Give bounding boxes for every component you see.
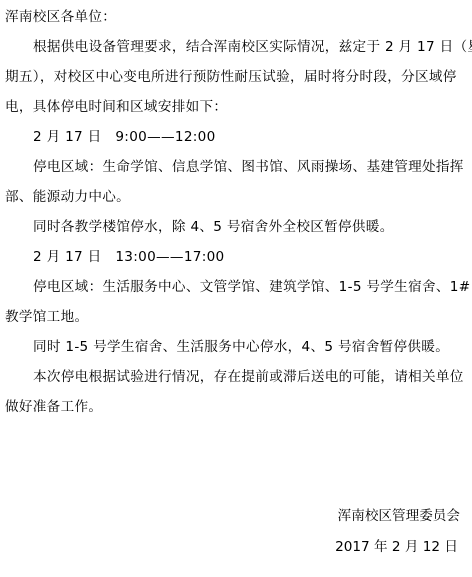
- schedule-1-area-line-2: 部、能源动力中心。: [5, 182, 465, 212]
- schedule-2-water-note: 同时 1-5 号学生宿舍、生活服务中心停水，4、5 号宿舍暂停供暖。: [5, 332, 465, 362]
- signature-date: 2017 年 2 月 12 日: [335, 537, 458, 557]
- schedule-2-time: 2 月 17 日 13:00——17:00: [5, 242, 465, 272]
- closing-line-2: 做好准备工作。: [5, 392, 465, 422]
- signature-organization: 浑南校区管理委员会: [338, 506, 460, 526]
- salutation: 浑南校区各单位：: [5, 2, 465, 32]
- paragraph-intro-line-1: 根据供电设备管理要求，结合浑南校区实际情况，兹定于 2 月 17 日（星: [5, 32, 465, 62]
- schedule-2-area-line-2: 教学馆工地。: [5, 302, 465, 332]
- closing-line-1: 本次停电根据试验进行情况，存在提前或滞后送电的可能，请相关单位: [5, 362, 465, 392]
- schedule-1-time: 2 月 17 日 9:00——12:00: [5, 122, 465, 152]
- paragraph-intro-line-3: 电，具体停电时间和区域安排如下：: [5, 92, 465, 122]
- schedule-1-area-line-1: 停电区域：生命学馆、信息学馆、图书馆、风雨操场、基建管理处指挥: [5, 152, 465, 182]
- notice-document: 浑南校区各单位： 根据供电设备管理要求，结合浑南校区实际情况，兹定于 2 月 1…: [5, 2, 465, 422]
- schedule-2-area-line-1: 停电区域：生活服务中心、文管学馆、建筑学馆、1-5 号学生宿舍、1#: [5, 272, 465, 302]
- paragraph-intro-line-2: 期五），对校区中心变电所进行预防性耐压试验，届时将分时段，分区域停: [5, 62, 465, 92]
- schedule-1-water-note: 同时各教学楼馆停水，除 4、5 号宿舍外全校区暂停供暖。: [5, 212, 465, 242]
